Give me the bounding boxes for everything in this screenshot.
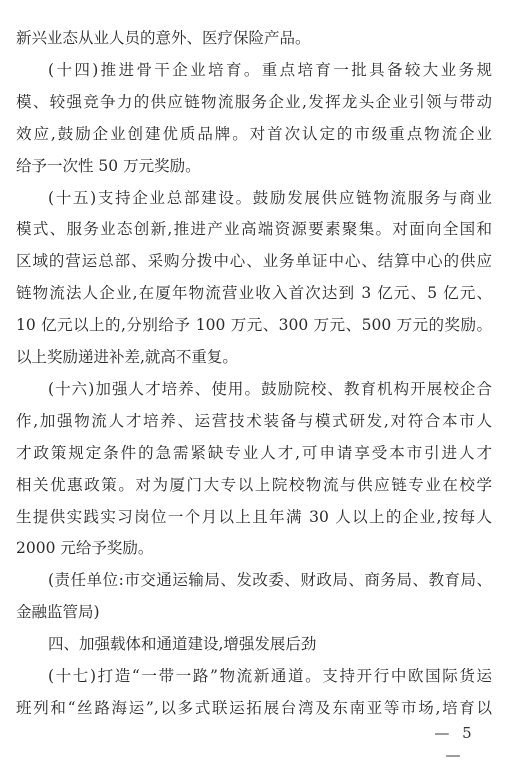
text-line: (十四)推进骨干企业培育。重点培育一批具备较大业务规 [48,59,492,81]
text-line: 效应,鼓励企业创建优质品牌。对首次认定的市级重点物流企业 [16,123,492,145]
text-line: 区域的营运总部、采购分拨中心、业务单证中心、结算中心的供应 [16,250,492,272]
text-line: 以上奖励递进补差,就高不重复。 [16,346,492,368]
text-line: 生提供实践实习岗位一个月以上且年满 30 人以上的企业,按每人 [16,506,492,528]
document-page: 新兴业态从业人员的意外、医疗保险产品。 (十四)推进骨干企业培育。重点培育一批具… [0,0,511,775]
text-line: 模式、服务业态创新,推进产业高端资源要素聚集。对面向全国和 [16,218,492,240]
text-line: 新兴业态从业人员的意外、医疗保险产品。 [16,27,492,49]
text-line: 金融监管局) [16,601,492,623]
section-heading: 四、加强载体和通道建设,增强发展后劲 [48,633,492,655]
text-line: 相关优惠政策。对为厦门大专以上院校物流与供应链专业在校学 [16,474,492,496]
text-line: 给予一次性 50 万元奖励。 [16,155,492,177]
text-line: 2000 元给予奖励。 [16,537,492,559]
text-line: (责任单位:市交通运输局、发改委、财政局、商务局、教育局、 [48,569,492,591]
text-line: 作,加强物流人才培养、运营技术装备与模式研发,对符合本市人 [16,410,492,432]
text-line: (十七)打造“一带一路”物流新通道。支持开行中欧国际货运 [48,665,492,687]
text-line: (十五)支持企业总部建设。鼓励发展供应链物流服务与商业 [48,187,492,209]
text-line: 班列和“丝路海运”,以多式联运拓展台湾及东南亚等市场,培育以 [16,697,492,719]
text-line: 10 亿元以上的,分别给予 100 万元、300 万元、500 万元的奖励。 [16,314,492,336]
page-number: — 5 — [422,722,488,744]
text-line: 模、较强竞争力的供应链物流服务企业,发挥龙头企业引领与带动 [16,91,492,113]
text-line: 链物流法人企业,在厦年物流营业收入首次达到 3 亿元、5 亿元、 [16,282,492,304]
text-line: 才政策规定条件的急需紧缺专业人才,可申请享受本市引进人才 [16,442,492,464]
text-line: (十六)加强人才培养、使用。鼓励院校、教育机构开展校企合 [48,378,492,400]
